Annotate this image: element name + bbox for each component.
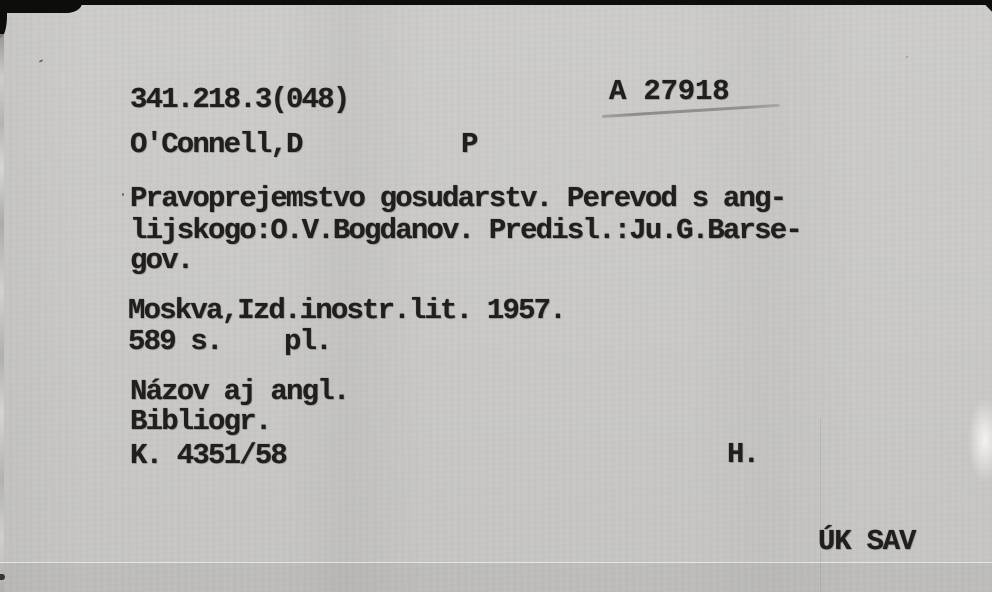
paper-crease <box>820 418 821 592</box>
title-line-1: Pravoprejemstvo gosudarstv. Perevod s an… <box>130 184 785 214</box>
bibliography-note: Bibliogr. <box>130 407 270 437</box>
filing-letter: P <box>461 130 477 160</box>
classification-number: 341.218.3(048) <box>130 85 348 115</box>
scan-artifact-blotch <box>968 398 992 482</box>
paper-speck <box>906 56 908 58</box>
author-heading: O'Connell,D <box>130 130 302 160</box>
imprint-line: Moskva,Izd.inostr.lit. 1957. <box>128 296 565 326</box>
scan-border-top <box>0 0 992 5</box>
scan-area-below-card <box>0 563 992 592</box>
call-number: K. 4351/58 <box>130 441 286 471</box>
scan-edge-left <box>0 34 4 592</box>
title-line-2: lijskogo:O.V.Bogdanov. Predisl.:Ju.G.Bar… <box>130 216 801 246</box>
language-note: Názov aj angl. <box>130 377 348 407</box>
scan-corner-top-left <box>0 0 82 13</box>
title-line-3: gov. <box>130 246 192 276</box>
catalog-card-scan: 341.218.3(048) A 27918 O'Connell,D P Pra… <box>0 0 992 592</box>
collation-line: 589 s. pl. <box>128 327 331 357</box>
letter-h-mark: H. <box>727 440 758 470</box>
accession-number: A 27918 <box>609 77 729 107</box>
scan-mark-bottom-left <box>0 574 5 580</box>
library-stamp: ÚK SAV <box>818 527 915 557</box>
paper-speck <box>122 193 124 196</box>
